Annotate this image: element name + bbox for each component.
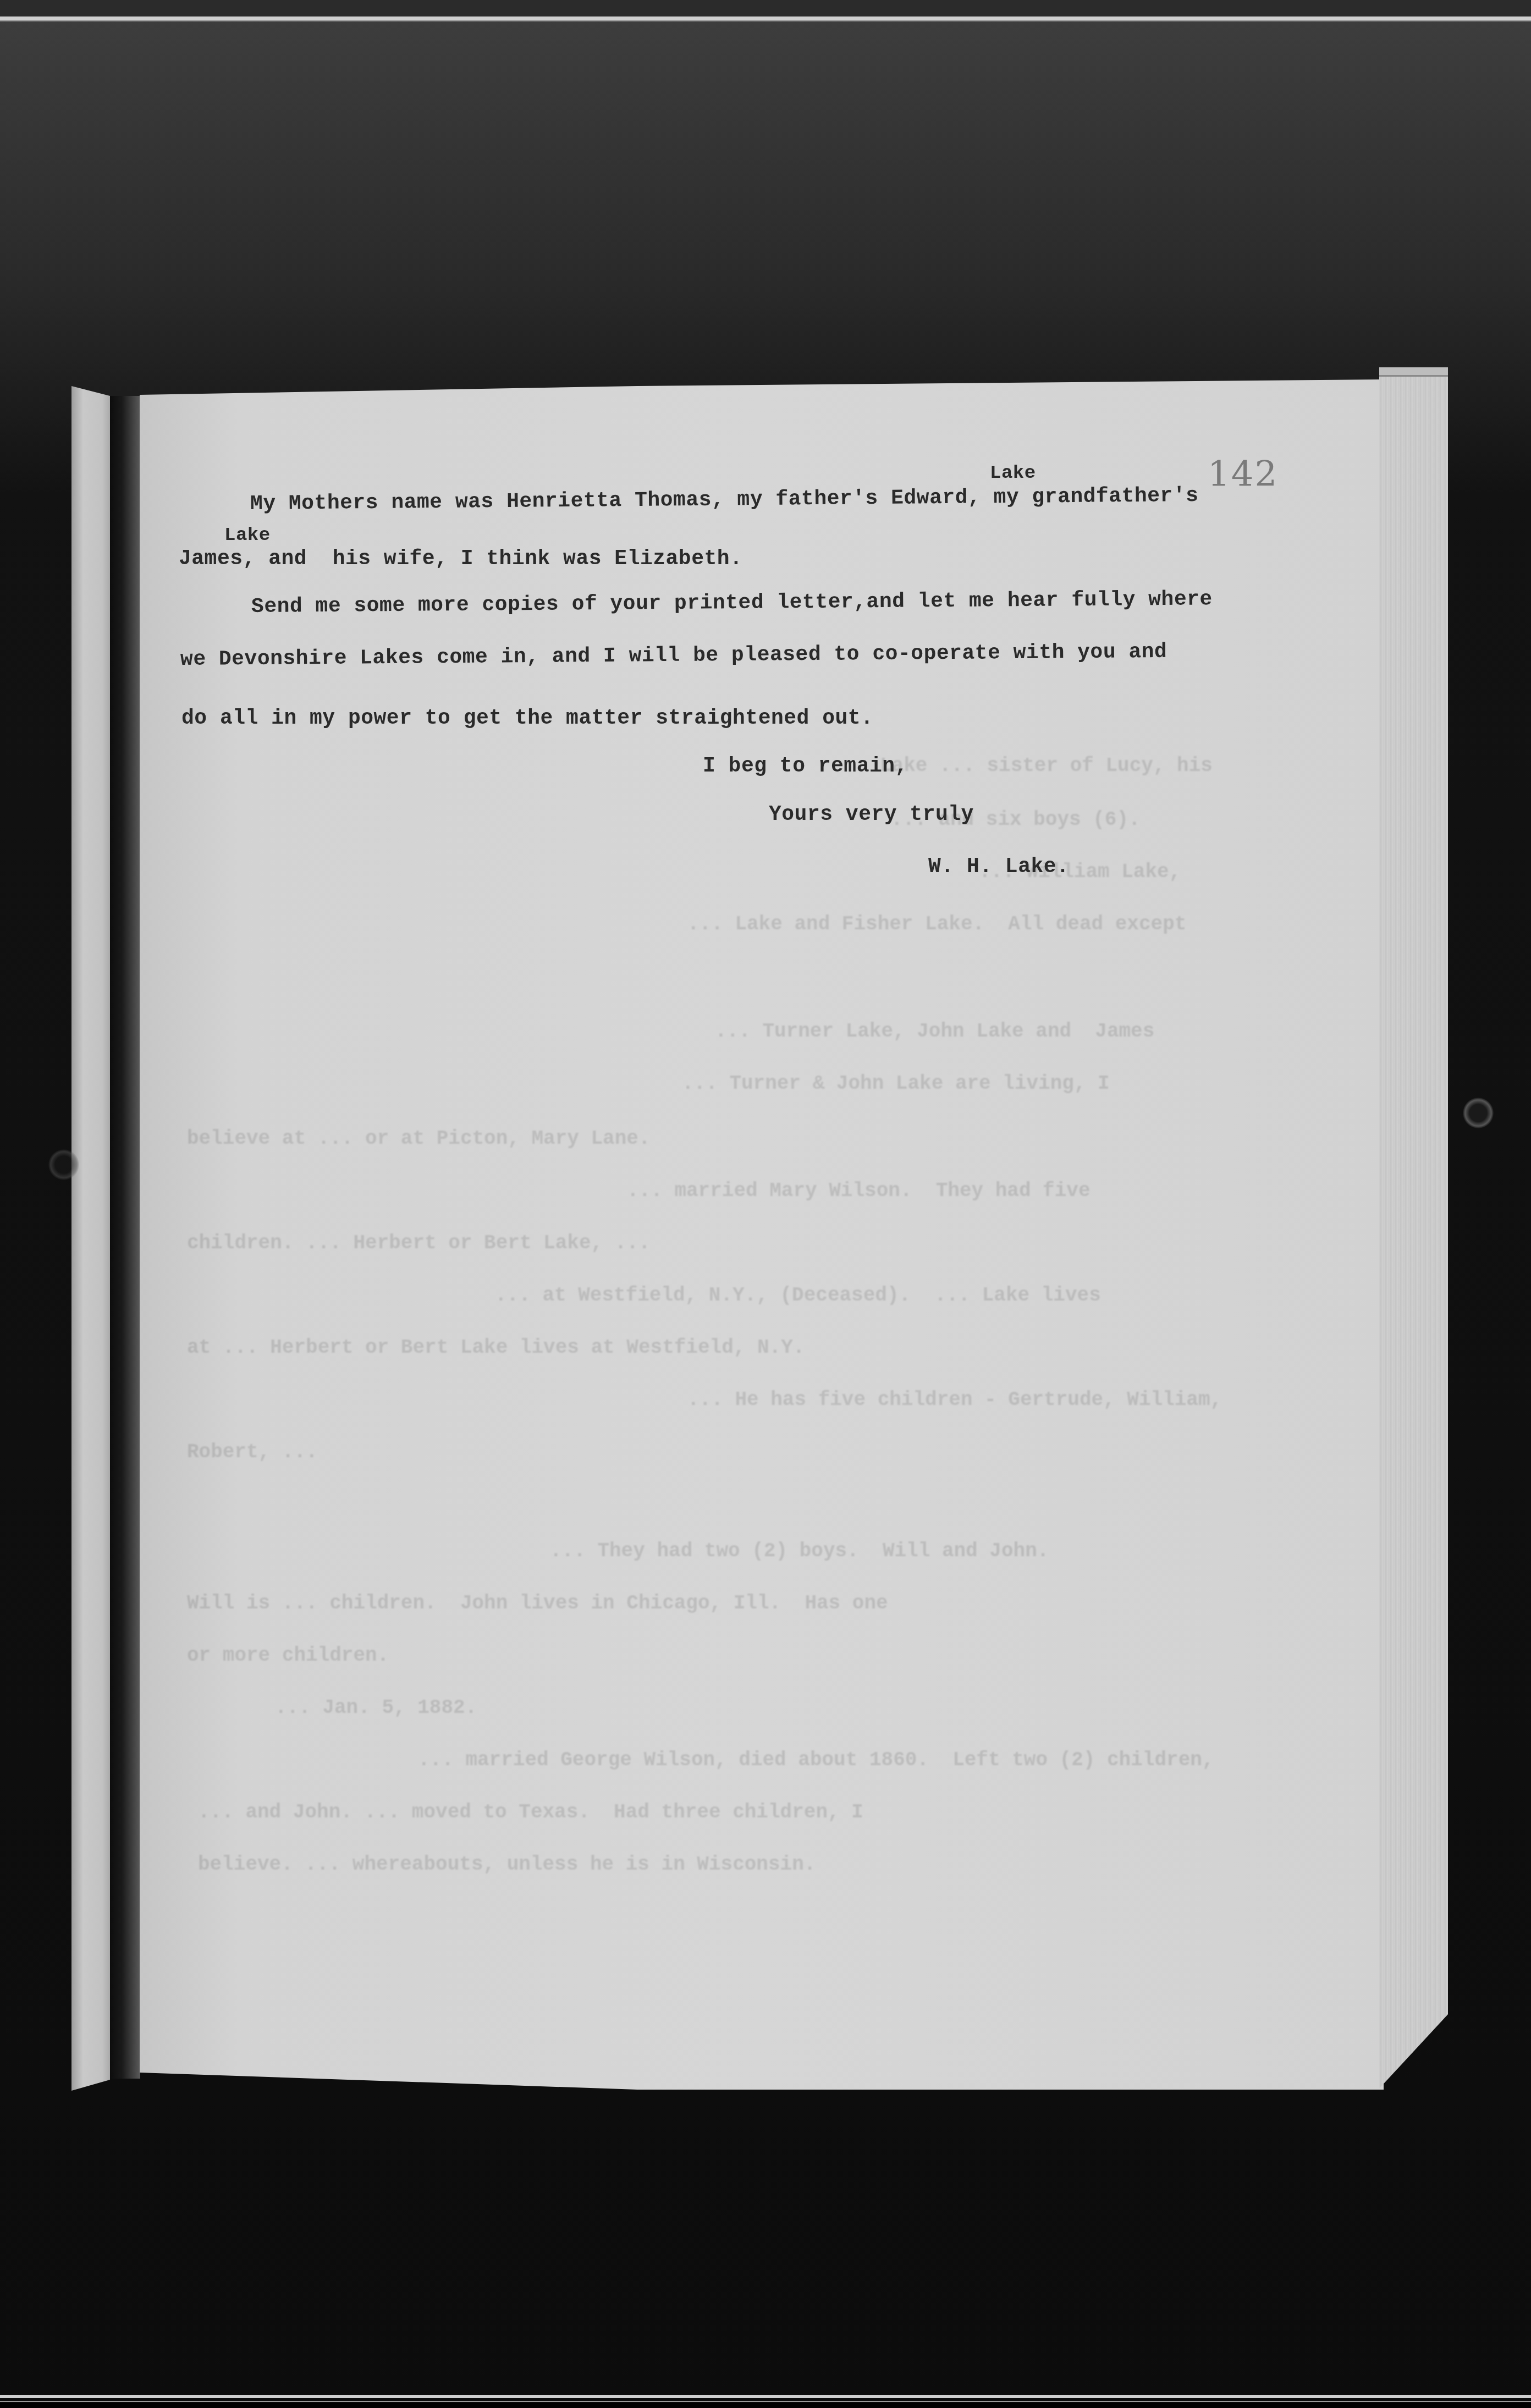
closing-valediction: Yours very truly: [769, 803, 974, 826]
ghost-line: ... at Westfield, N.Y., (Deceased). ... …: [495, 1284, 1101, 1307]
ghost-line: ... They had two (2) boys. Will and John…: [550, 1540, 1049, 1562]
ghost-line: ... and John. ... moved to Texas. Had th…: [198, 1801, 863, 1823]
text-layer: Lake ... sister of Lucy, his ... and six…: [0, 0, 1531, 2408]
ghost-line: believe. ... whereabouts, unless he is i…: [198, 1853, 816, 1876]
ghost-line: at ... Herbert or Bert Lake lives at Wes…: [187, 1336, 805, 1359]
ghost-line: ... He has five children - Gertrude, Wil…: [687, 1388, 1222, 1411]
ghost-line: ... Turner & John Lake are living, I: [682, 1072, 1110, 1095]
closing-remain: I beg to remain,: [703, 754, 908, 778]
ghost-line: ... Turner Lake, John Lake and James: [715, 1020, 1154, 1043]
ghost-line: Will is ... children. John lives in Chic…: [187, 1592, 888, 1614]
ghost-line: or more children.: [187, 1644, 389, 1667]
ghost-line: children. ... Herbert or Bert Lake, ...: [187, 1232, 651, 1254]
page-number: 142: [1208, 454, 1278, 495]
ghost-line: Lake ... sister of Lucy, his: [880, 754, 1213, 777]
insert-lake-edward: Lake: [990, 463, 1036, 484]
signature: W. H. Lake.: [928, 855, 1069, 879]
ghost-line: ... married George Wilson, died about 18…: [418, 1749, 1214, 1771]
ghost-line: ... Lake and Fisher Lake. All dead excep…: [687, 913, 1186, 935]
ghost-line: ... Jan. 5, 1882.: [275, 1696, 477, 1719]
ghost-line: Robert, ...: [187, 1441, 318, 1463]
text-line: James, and his wife, I think was Elizabe…: [179, 547, 742, 571]
text-line: we Devonshire Lakes come in, and I will …: [180, 640, 1167, 671]
ghost-line: believe at ... or at Picton, Mary Lane.: [187, 1127, 651, 1150]
insert-lake-james: Lake: [224, 525, 271, 546]
text-line: Send me some more copies of your printed…: [251, 587, 1213, 619]
text-line: do all in my power to get the matter str…: [181, 707, 873, 730]
ghost-line: ... married Mary Wilson. They had five: [627, 1180, 1091, 1202]
text-line: My Mothers name was Henrietta Thomas, my…: [250, 484, 1199, 516]
